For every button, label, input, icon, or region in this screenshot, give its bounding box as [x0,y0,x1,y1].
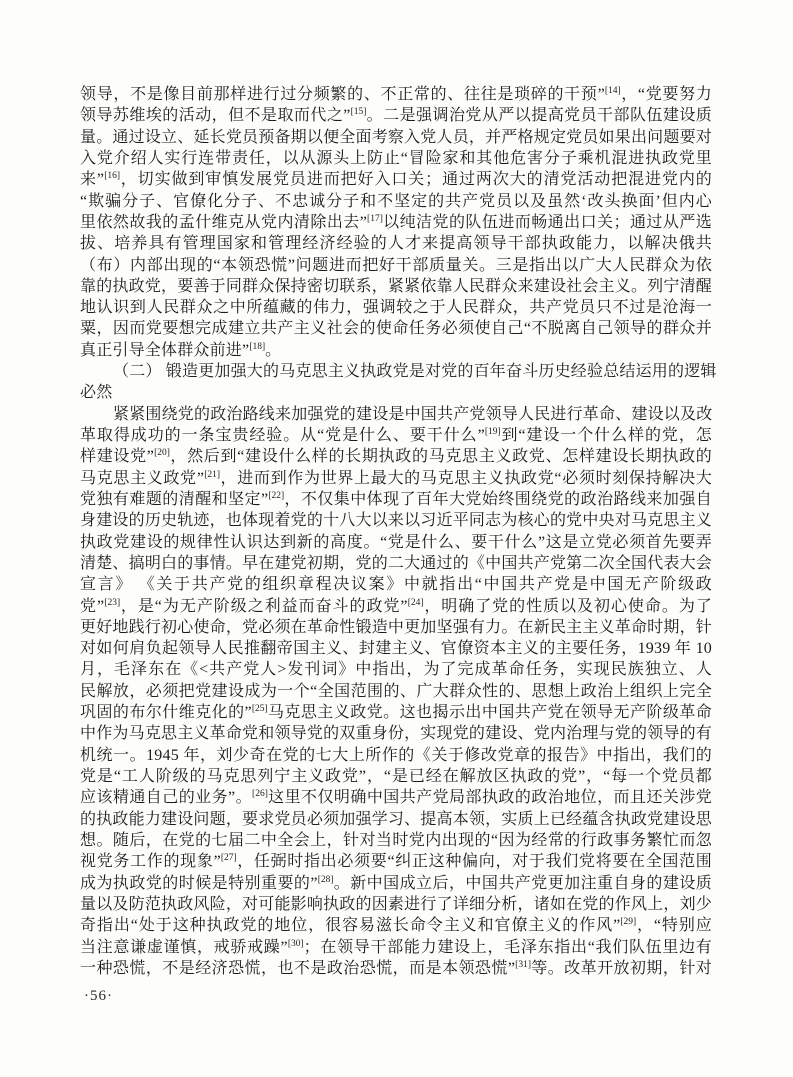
footnote-ref: [30] [288,939,304,949]
text-line: （二） 锻造更加强大的马克思主义执政党是对党的百年奋斗历史经验总结运用的逻辑 [80,361,712,382]
footnote-ref: [16] [104,171,120,181]
footnote-ref: [21] [204,470,220,480]
footnote-ref: [26] [252,789,268,799]
text-line: 当注意谦虚谨慎，戒骄戒躁”[30]；在领导干部能力建设上，毛泽东指出“我们队伍里… [80,937,712,958]
footnote-ref: [17] [367,214,383,224]
text-line: 量以及防范执政风险，对可能影响执政的因素进行了详细分析，诸如在党的作风上，刘少 [80,894,712,915]
text-line: 量。通过设立、延长党员预备期以便全面考察入党人员，并严格规定党员如果出问题要对 [80,127,712,148]
text-line: 靠的执政党，要善于同群众保持密切联系，紧紧依靠人民群众来建设社会主义。列宁清醒 [80,276,712,297]
text-line: 中作为马克思主义革命党和领导党的双重身份，实现党的建设、党内治理与党的领导的有 [80,723,712,744]
text-line: 奇指出“处于这种执政党的地位，很容易滋长命令主义和官僚主义的作风”[29]，“特… [80,915,712,936]
footnote-ref: [23] [104,598,120,608]
page-number: ·56· [84,988,113,1005]
text-line: 视党务工作的现象”[27]，任弼时指出必须要“纠正这种偏向，对于我们党将要在全国… [80,851,712,872]
footnote-ref: [29] [620,917,636,927]
text-line: 更好地践行初心使命，党必须在革命性锻造中更加坚强有力。在新民主主义革命时期，针 [80,617,712,638]
text-line: 巩固的布尔什维克化的”[25]马克思主义政党。这也揭示出中国共产党在领导无产阶级… [80,702,712,723]
text-line: 领导苏维埃的活动，但不是取而代之”[15]。二是强调治党从严以提高党员干部队伍建… [80,105,712,126]
text-line: 想。随后，在党的七届二中全会上，针对当时党内出现的“因为经常的行政事务繁忙而忽 [80,830,712,851]
footnote-ref: [28] [318,875,334,885]
body-text: 领导，不是像目前那样进行过分频繁的、不正常的、往往是琐碎的干预”[14]，“党要… [80,84,712,979]
text-line: （布）内部出现的“本领恐慌”问题进而把好干部质量关。三是指出以广大人民群众为依 [80,255,712,276]
text-line: 紧紧围绕党的政治路线来加强党的建设是中国共产党领导人民进行革命、建设以及改 [80,404,712,425]
footnote-ref: [20] [154,448,170,458]
text-line: 地认识到人民群众之中所蕴藏的伟力，强调较之于人民群众，共产党员只不过是沧海一 [80,297,712,318]
text-line: 入党介绍人实行连带责任，以从源头上防止“冒险家和其他危害分子乘机混进执政党里 [80,148,712,169]
footnote-ref: [19] [485,427,501,437]
footnote-ref: [31] [515,960,531,970]
text-line: 一种恐慌，不是经济恐慌，也不是政治恐慌，而是本领恐慌”[31]等。改革开放初期，… [80,958,712,979]
text-line: 民解放，必须把党建设成为一个“全国范围的、广大群众性的、思想上政治上组织上完全 [80,681,712,702]
text-line: 月，毛泽东在《<共产党人>发刊词》中指出，为了完成革命任务，实现民族独立、人 [80,659,712,680]
text-line: 党是“工人阶级的马克思列宁主义政党”，“是已经在解放区执政的党”，“每一个党员都 [80,766,712,787]
footnote-ref: [15] [351,107,367,117]
text-line: 成为执政党的时候是特别重要的”[28]。新中国成立后，中国共产党更加注重自身的建… [80,873,712,894]
footnote-ref: [18] [249,342,265,352]
document-page: 领导，不是像目前那样进行过分频繁的、不正常的、往往是琐碎的干预”[14]，“党要… [0,0,793,1077]
text-line: 清楚、搞明白的事情。早在建党初期，党的二大通过的《中国共产党第二次全国代表大会 [80,553,712,574]
text-line: 拔、培养具有管理国家和管理经济经验的人才来提高领导干部执政能力，以解决俄共 [80,233,712,254]
text-line: 的执政能力建设问题，要求党员必须加强学习、提高本领，实质上已经蕴含执政党建设思 [80,809,712,830]
text-line: 领导，不是像目前那样进行过分频繁的、不正常的、往往是琐碎的干预”[14]，“党要… [80,84,712,105]
text-line: 党独有难题的清醒和坚定”[22]，不仅集中体现了百年大党始终围绕党的政治路线来加… [80,489,712,510]
footnote-ref: [25] [252,704,268,714]
footnote-ref: [22] [268,491,284,501]
text-line: 党”[23]，是“为无产阶级之利益而奋斗的政党”[24]，明确了党的性质以及初心… [80,596,712,617]
footnote-ref: [27] [221,853,237,863]
text-line: 来”[16]，切实做到审慎发展党员进而把好入口关；通过两次大的清党活动把混进党内… [80,169,712,190]
text-line: 应该精通自己的业务”。[26]这里不仅明确中国共产党局部执政的政治地位，而且还关… [80,787,712,808]
text-line: 样建设党”[20]，然后到“建设什么样的长期执政的马克思主义政党、怎样建设长期执… [80,446,712,467]
text-line: 里依然故我的孟什维克从党内清除出去”[17]以纯洁党的队伍进而畅通出口关；通过从… [80,212,712,233]
text-line: 真正引导全体群众前进”[18]。 [80,340,712,361]
text-line: 机统一。1945 年，刘少奇在党的七大上所作的《关于修改党章的报告》中指出，我们… [80,745,712,766]
text-line: 身建设的历史轨迹，也体现着党的十八大以来以习近平同志为核心的党中央对马克思主义 [80,510,712,531]
text-line: 对如何肩负起领导人民推翻帝国主义、封建主义、官僚资本主义的主要任务，1939 年… [80,638,712,659]
text-line: 马克思主义政党”[21]，进而到作为世界上最大的马克思主义执政党“必须时刻保持解… [80,468,712,489]
text-line: 必然 [80,382,712,403]
text-line: 执政党建设的规律性认识达到新的高度。“党是什么、要干什么”这是立党必须首先要弄 [80,532,712,553]
footnote-ref: [24] [408,598,424,608]
footnote-ref: [14] [605,86,621,96]
text-line: 粟，因而党要想完成建立共产主义社会的使命任务必须使自己“不脱离自己领导的群众并 [80,318,712,339]
text-line: 革取得成功的一条宝贵经验。从“党是什么、要干什么”[19]到“建设一个什么样的党… [80,425,712,446]
text-line: “欺骗分子、官僚化分子、不忠诚分子和不坚定的共产党员以及虽然‘改头换面’但内心 [80,191,712,212]
text-line: 宣言》 《关于共产党的组织章程决议案》中就指出“中国共产党是中国无产阶级政 [80,574,712,595]
